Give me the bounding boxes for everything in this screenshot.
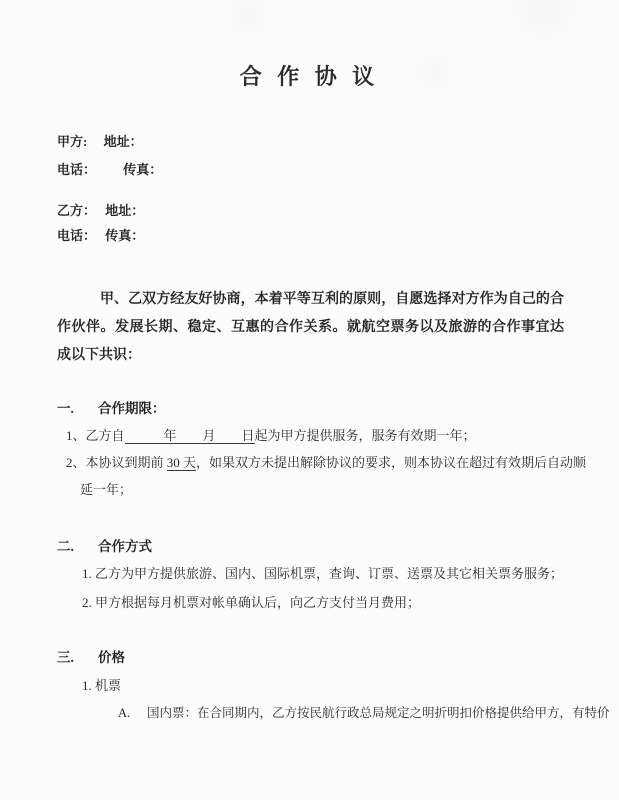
contract-document-page: 合 作 协 议 甲方: 地址： 电话： 传真： 乙方： 地址： 电话： 传真： … — [0, 0, 619, 800]
party-b-phone-label: 电话： — [57, 228, 96, 243]
document-title: 合 作 协 议 — [0, 60, 619, 91]
item-2-1-marker: 1. — [82, 566, 95, 582]
item-3-1-text: 机票 — [95, 678, 121, 693]
section-2-title: 合作方式 — [98, 539, 152, 554]
party-a-fax-label: 传真： — [123, 162, 162, 177]
party-a-phone-label: 电话： — [57, 162, 96, 177]
section-3-heading: 三.价格 — [57, 646, 125, 666]
party-b-fax-label: 传真： — [105, 228, 144, 243]
section-1-title: 合作期限： — [98, 401, 166, 416]
section-2-heading: 二.合作方式 — [57, 535, 152, 555]
subitem-a-marker: A. — [118, 706, 147, 721]
party-a-line: 甲方: 地址： — [57, 131, 143, 150]
item-1-2-post: ，如果双方未提出解除协议的要求，则本协议在超过有效期后自动顺 — [196, 455, 586, 470]
party-a-address-label: 地址： — [104, 134, 143, 149]
party-b-contact-line: 电话： 传真： — [57, 225, 144, 244]
item-1-2-pre: 2、本协议到期前 — [66, 455, 167, 470]
section-2-number: 二. — [57, 535, 98, 555]
section-3-subitem-a: A.国内票：在合同期内，乙方按民航行政总局规定之明折明扣价格提供给甲方，有特价 — [118, 703, 610, 721]
section-2-item-1: 1.乙方为甲方提供旅游、国内、国际机票，查询、订票、送票及其它相关票务服务； — [82, 563, 563, 582]
item-3-1-marker: 1. — [82, 678, 95, 694]
item-1-1-fill-blank: 年 月 日 — [125, 428, 255, 444]
party-a-label: 甲方: — [57, 134, 87, 149]
item-1-2-underlined-value: 30 天 — [167, 455, 196, 471]
party-b-line: 乙方： 地址： — [57, 200, 144, 219]
intro-line-3: 成以下共识： — [57, 342, 564, 370]
subitem-a-text: 国内票：在合同期内，乙方按民航行政总局规定之明折明扣价格提供给甲方，有特价 — [147, 706, 610, 720]
item-2-1-text: 乙方为甲方提供旅游、国内、国际机票，查询、订票、送票及其它相关票务服务； — [95, 566, 563, 581]
section-1-item-2: 2、本协议到期前 30 天，如果双方未提出解除协议的要求，则本协议在超过有效期后… — [66, 452, 586, 471]
section-3-number: 三. — [57, 646, 98, 666]
section-1-number: 一. — [57, 397, 98, 417]
section-3-title: 价格 — [98, 650, 125, 665]
party-b-address-label: 地址： — [105, 203, 144, 218]
item-1-1-post: 起为甲方提供服务，服务有效期一年； — [255, 428, 476, 443]
intro-paragraph: 甲、乙双方经友好协商，本着平等互利的原则，自愿选择对方作为自己的合 作伙伴。发展… — [57, 286, 564, 370]
party-b-label: 乙方： — [57, 203, 96, 218]
section-2-item-2: 2.甲方根据每月机票对帐单确认后，向乙方支付当月费用； — [82, 592, 420, 611]
section-1-heading: 一.合作期限： — [57, 397, 166, 417]
item-1-1-pre: 1、乙方自 — [66, 428, 125, 443]
item-2-2-text: 甲方根据每月机票对帐单确认后，向乙方支付当月费用； — [95, 595, 420, 610]
section-1-item-2-continuation: 延一年； — [80, 479, 132, 498]
item-2-2-marker: 2. — [82, 595, 95, 611]
intro-line-1: 甲、乙双方经友好协商，本着平等互利的原则，自愿选择对方作为自己的合 — [57, 286, 564, 314]
intro-line-2: 作伙伴。发展长期、稳定、互惠的合作关系。就航空票务以及旅游的合作事宜达 — [57, 314, 564, 342]
party-a-contact-line: 电话： 传真： — [57, 159, 162, 178]
section-1-item-1: 1、乙方自 年 月 日起为甲方提供服务，服务有效期一年； — [66, 425, 476, 444]
section-3-item-1: 1.机票 — [82, 675, 121, 694]
